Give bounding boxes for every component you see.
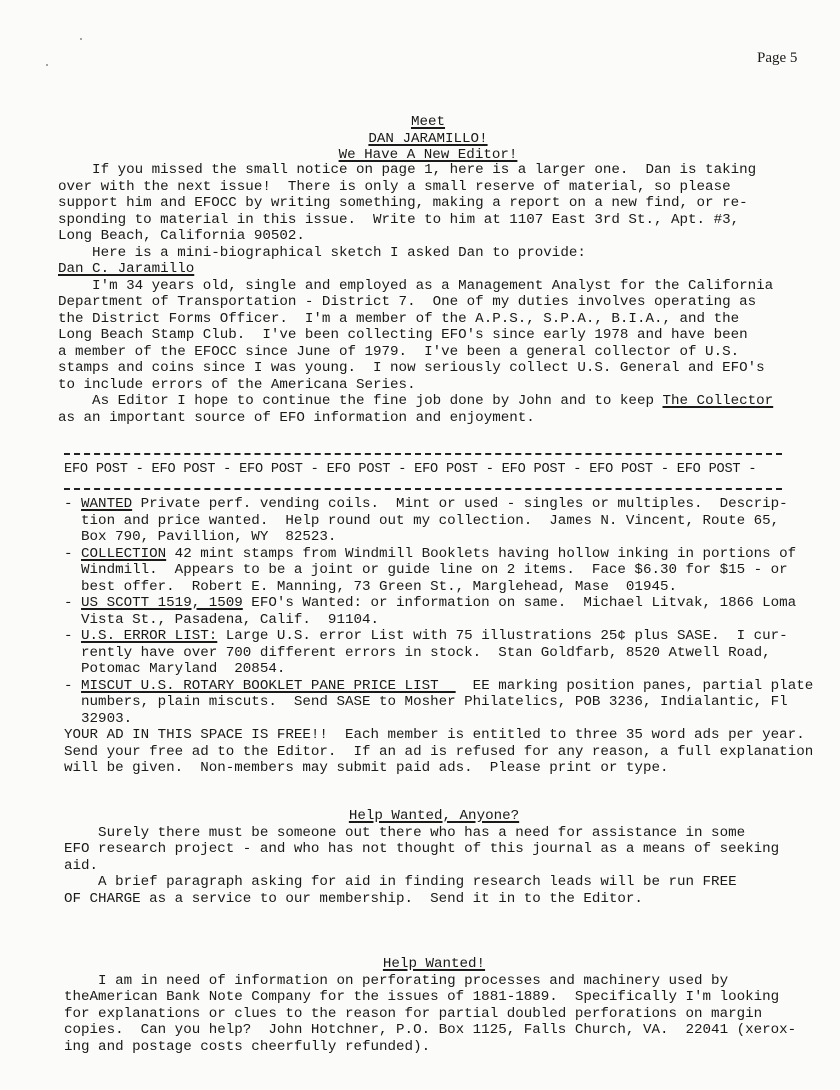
text-line: a member of the EFOCC since June of 1979… [58,344,798,361]
meet-intro: If you missed the small notice on page 1… [58,162,798,426]
text-line: Here is a mini-biographical sketch I ask… [58,245,798,262]
divider-top [64,453,782,455]
text-line: to include errors of the Americana Serie… [58,377,798,394]
text-line: support him and EFOCC by writing somethi… [58,195,798,212]
ad-text: 32903. [81,711,132,727]
text-line: will be given. Non-members may submit pa… [64,760,804,777]
classified-ad: - US SCOTT 1519, 1509 EFO's Wanted: or i… [64,595,804,628]
ad-tag: COLLECTION [81,546,166,562]
ad-text: EE marking position panes, partial plate [456,678,814,694]
text-line: I am in need of information on perforati… [64,973,804,990]
classified-ad: - U.S. ERROR LIST: Large U.S. error List… [64,628,804,678]
ad-tag: US SCOTT 1519, 1509 [81,595,243,611]
classified-ad: - MISCUT U.S. ROTARY BOOKLET PANE PRICE … [64,678,804,728]
text-line: I'm 34 years old, single and employed as… [58,278,798,295]
text-line: Surely there must be someone out there w… [64,825,804,842]
ad-text: Private perf. vending coils. Mint or use… [132,496,788,512]
text-line: A brief paragraph asking for aid in find… [64,874,804,891]
efo-post-ads: - WANTED Private perf. vending coils. Mi… [64,496,804,777]
ad-tag: MISCUT U.S. ROTARY BOOKLET PANE PRICE LI… [81,678,456,694]
text-line: over with the next issue! There is only … [58,179,798,196]
help-wanted-anyone-section: Help Wanted, Anyone? Surely there must b… [64,808,804,907]
text-line: copies. Can you help? John Hotchner, P.O… [64,1022,804,1039]
publication-title: The Collector [663,393,774,409]
ad-text: Vista St., Pasadena, Calif. 91104. [81,612,379,628]
classified-ad: - COLLECTION 42 mint stamps from Windmil… [64,546,804,596]
meet-heading: Meet DAN JARAMILLO! We Have A New Editor… [58,114,798,164]
efo-post-banner: EFO POST - EFO POST - EFO POST - EFO POS… [64,462,756,477]
text-line: Department of Transportation - District … [58,294,798,311]
text-line: Send your free ad to the Editor. If an a… [64,744,804,761]
text-line: OF CHARGE as a service to our membership… [64,891,804,908]
ad-text: tion and price wanted. Help round out my… [81,513,779,529]
ad-text: Windmill. Appears to be a joint or guide… [81,562,788,578]
section-heading: Help Wanted! [383,956,485,972]
text-line: Long Beach Stamp Club. I've been collect… [58,327,798,344]
help-wanted-section: Help Wanted! I am in need of information… [64,956,804,1055]
classified-ad: - WANTED Private perf. vending coils. Mi… [64,496,804,546]
ad-tag: U.S. ERROR LIST: [81,628,217,644]
ad-text: 42 mint stamps from Windmill Booklets ha… [166,546,796,562]
heading-editor-name: DAN JARAMILLO! [368,131,487,147]
ad-text: EFO's Wanted: or information on same. Mi… [243,595,796,611]
text-line: stamps and coins since I was young. I no… [58,360,798,377]
free-ad-notice: YOUR AD IN THIS SPACE IS FREE!! Each mem… [64,727,804,777]
ad-text: Large U.S. error List with 75 illustrati… [217,628,787,644]
ad-text: Potomac Maryland 20854. [81,661,285,677]
text-line: the District Forms Officer. I'm a member… [58,311,798,328]
page-number: Page 5 [757,50,797,67]
text-line: EFO research project - and who has not t… [64,841,804,858]
scan-speck [80,38,82,40]
text-line: for explanations or clues to the reason … [64,1006,804,1023]
section-heading: Help Wanted, Anyone? [349,808,519,824]
ad-text: best offer. Robert E. Manning, 73 Green … [81,579,677,595]
divider-bottom [64,488,782,490]
heading-new-editor: We Have A New Editor! [339,147,518,163]
text-line: sponding to material in this issue. Writ… [58,212,798,229]
text-line: as an important source of EFO informatio… [58,410,798,427]
text-line: Long Beach, California 90502. [58,228,798,245]
ad-text: Box 790, Pavillion, WY 82523. [81,529,336,545]
ad-text: numbers, plain miscuts. Send SASE to Mos… [81,694,788,710]
ad-text: rently have over 700 different errors in… [81,645,771,661]
scan-speck [46,64,48,66]
bio-name: Dan C. Jaramillo [58,261,194,277]
text-line: theAmerican Bank Note Company for the is… [64,989,804,1006]
heading-meet: Meet [411,114,445,130]
text-line: YOUR AD IN THIS SPACE IS FREE!! Each mem… [64,727,804,744]
text-line: If you missed the small notice on page 1… [58,162,798,179]
text-line: ing and postage costs cheerfully refunde… [64,1039,804,1056]
ad-tag: WANTED [81,496,132,512]
text-fragment: As Editor I hope to continue the fine jo… [58,393,663,409]
text-line: aid. [64,858,804,875]
